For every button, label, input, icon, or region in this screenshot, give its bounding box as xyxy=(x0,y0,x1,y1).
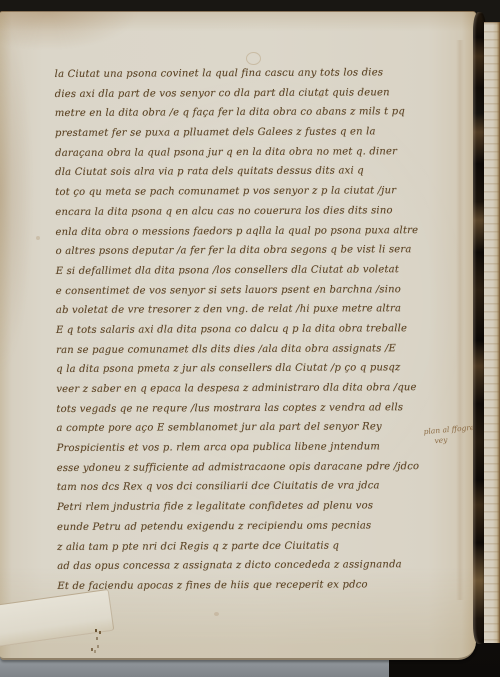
manuscript-line: veer z saber en q epaca la despesa z adm… xyxy=(56,378,448,400)
manuscript-line: eunde Petru ad petendu exigendu z recipi… xyxy=(57,516,449,538)
manuscript-line: E q tots salaris axi dla dita psona co d… xyxy=(56,319,448,341)
manuscript-line: enla dita obra o messions faedors p aqll… xyxy=(55,220,447,242)
manuscript-line: ad das opus concessa z assignata z dicto… xyxy=(57,555,449,577)
manuscript-line: encara la dita psona q en alcu cas no co… xyxy=(55,201,447,223)
manuscript-line: z alia tam p pte nri dci Regis q z parte… xyxy=(57,535,449,557)
fox-spot xyxy=(214,612,219,616)
manuscript-line: tam nos dcs Rex q vos dci consiliarii dc… xyxy=(57,476,449,498)
manuscript-line: metre en la dita obra /e q faça fer la d… xyxy=(55,102,447,124)
manuscript-line: prestamet fer se puxa a plluamet dels Ga… xyxy=(55,122,447,144)
manuscript-line: daraçana obra la qual psona jur q en la … xyxy=(55,142,447,164)
manuscript-line: Petri rlem jndustria fide z legalitate c… xyxy=(57,496,449,518)
manuscript-line: o altres psons deputar /a fer fer la dit… xyxy=(56,240,448,262)
fox-spot xyxy=(36,236,40,240)
book-fore-edge xyxy=(484,22,500,643)
manuscript-line: a compte pore aço E semblanomet jur ala … xyxy=(56,417,448,439)
manuscript-line: tot ço qu meta se pach comunamet p vos s… xyxy=(55,181,447,203)
manuscript-line: q la dita psona pmeta z jur als conselle… xyxy=(56,358,448,380)
manuscript-line: ran se pague comunamet dls dits dies /al… xyxy=(56,339,448,361)
manuscript-line: e consentimet de vos senyor si sets lauo… xyxy=(56,280,448,302)
ink-speck xyxy=(95,629,97,632)
manuscript-line: dla Ciutat sois alra via p rata dels qui… xyxy=(55,161,447,183)
manuscript-line: tots vegads qe ne requre /lus mostrara l… xyxy=(56,398,448,420)
ink-speck xyxy=(91,648,93,651)
manuscript-line: Prospicientis et vos p. rlem arca opa pu… xyxy=(57,437,449,459)
manuscript-line: esse ydoneu z sufficiente ad admistracao… xyxy=(57,457,449,479)
manuscript-line: dies axi dla part de vos senyor co dla p… xyxy=(55,83,447,105)
manuscript-photo: la Ciutat una psona covinet la qual fina… xyxy=(0,0,500,677)
manuscript-line: Et de faciendu apocas z fines de hiis qu… xyxy=(57,575,449,597)
manuscript-line: E si defallimet dla dita psona /los cons… xyxy=(56,260,448,282)
manuscript-line: ab voletat de vre tresorer z den vng. de… xyxy=(56,299,448,321)
manuscript-text-block: la Ciutat una psona covinet la qual fina… xyxy=(55,63,450,597)
manuscript-line: la Ciutat una psona covinet la qual fina… xyxy=(55,63,447,85)
page-age-streak xyxy=(456,40,464,600)
